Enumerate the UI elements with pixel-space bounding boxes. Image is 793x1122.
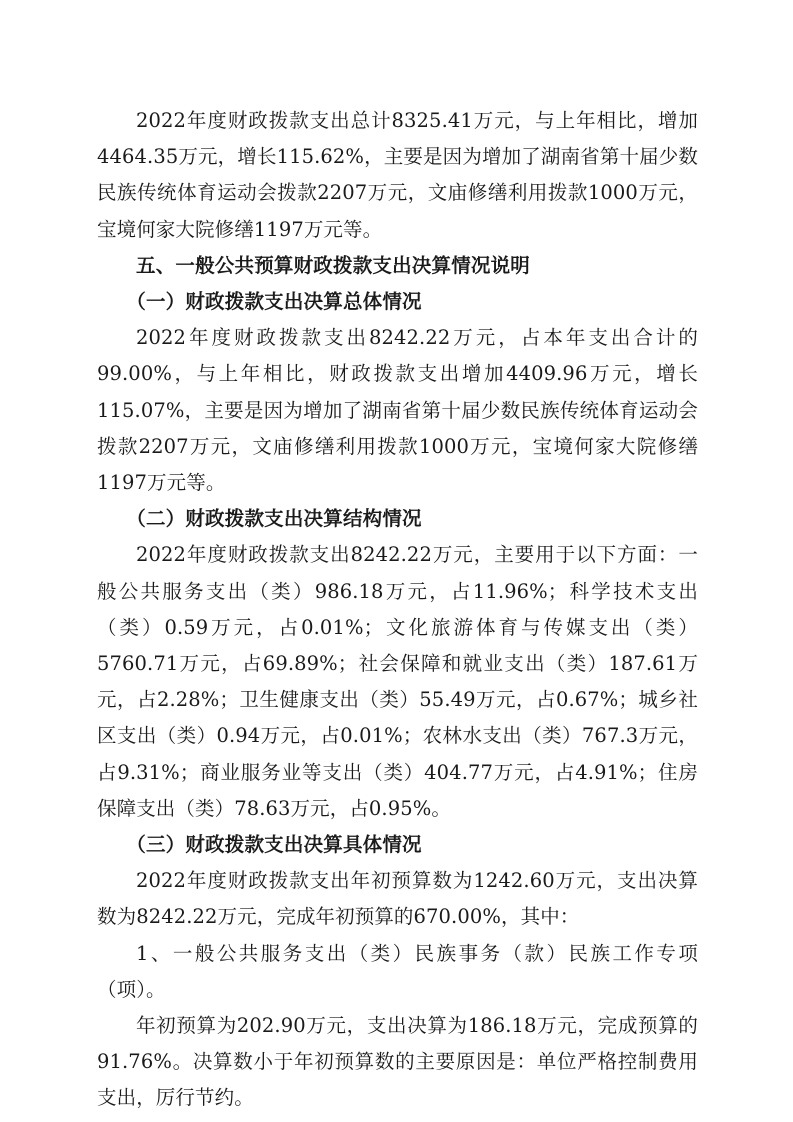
document-page: 2022年度财政拨款支出总计8325.41万元，与上年相比，增加4464.35万… [97, 103, 698, 1117]
subheading-overall: （一）财政拨款支出决算总体情况 [97, 284, 698, 320]
section-heading-5: 五、一般公共预算财政拨款支出决算情况说明 [97, 248, 698, 284]
paragraph-item-1: 1、一般公共服务支出（类）民族事务（款）民族工作专项（项）。 [97, 936, 698, 1008]
paragraph-item-1-detail: 年初预算为202.90万元，支出决算为186.18万元，完成预算的91.76%。… [97, 1008, 698, 1117]
subheading-specific: （三）财政拨款支出决算具体情况 [97, 827, 698, 863]
subheading-structure: （二）财政拨款支出决算结构情况 [97, 501, 698, 537]
paragraph-specific: 2022年度财政拨款支出年初预算数为1242.60万元，支出决算数为8242.2… [97, 863, 698, 935]
paragraph-structure: 2022年度财政拨款支出8242.22万元，主要用于以下方面：一般公共服务支出（… [97, 537, 698, 827]
paragraph-total-expenditure: 2022年度财政拨款支出总计8325.41万元，与上年相比，增加4464.35万… [97, 103, 698, 248]
paragraph-overall: 2022年度财政拨款支出8242.22万元，占本年支出合计的99.00%，与上年… [97, 320, 698, 501]
